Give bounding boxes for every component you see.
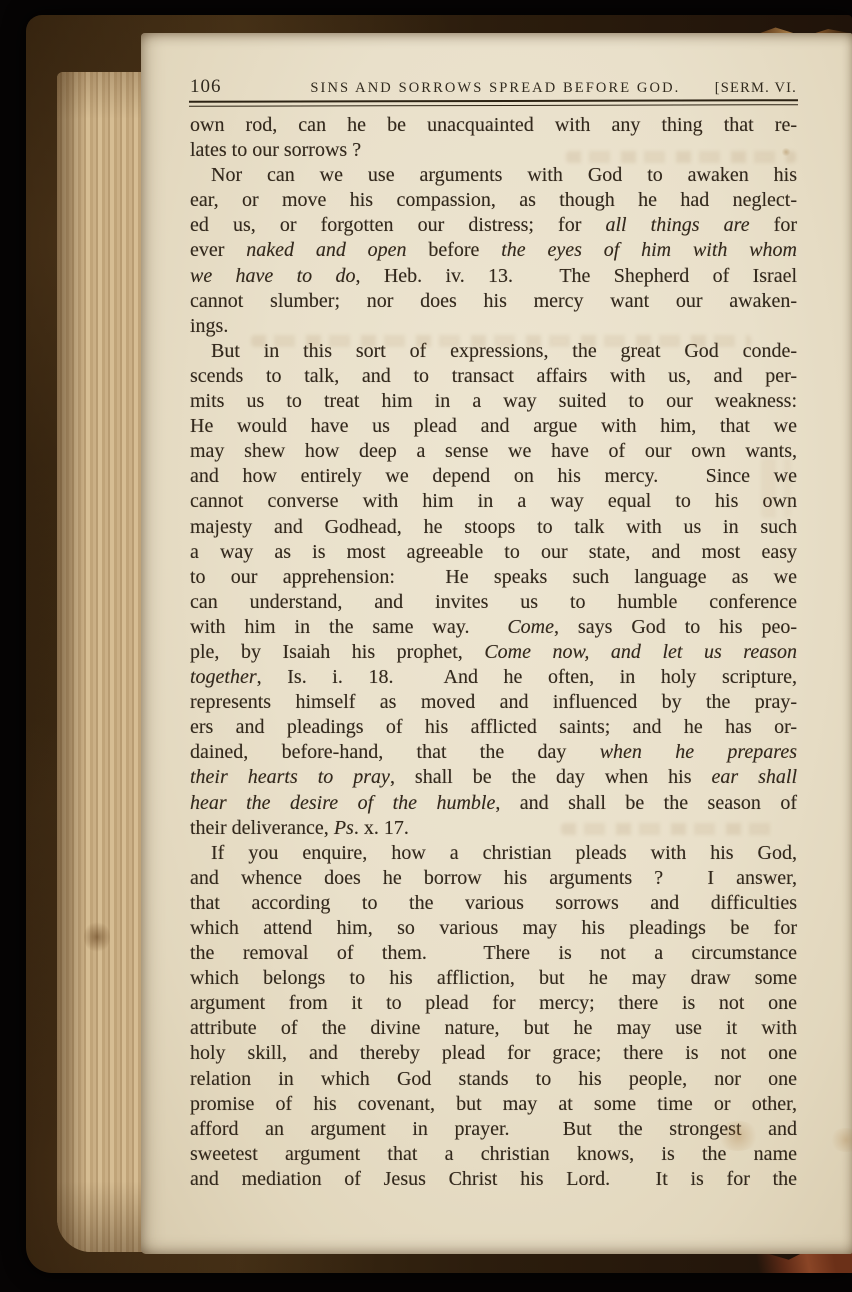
text-line: with him in the same way. Come, says God…: [190, 615, 797, 640]
text-line: and how entirely we depend on his mercy.…: [190, 464, 797, 489]
text-line: majesty and Godhead, he stoops to talk w…: [190, 515, 797, 540]
text-line: mits us to treat him in a way suited to …: [190, 389, 797, 414]
text-line: sweetest argument that a christian knows…: [190, 1142, 797, 1167]
text-line: which belongs to his affliction, but he …: [190, 966, 797, 991]
text-line: a way as is most agreeable to our state,…: [190, 540, 797, 565]
text-line: attribute of the divine nature, but he m…: [190, 1016, 797, 1041]
sermon-marker: [SERM. VI.: [715, 80, 797, 97]
text-line: promise of his covenant, but may at some…: [190, 1092, 797, 1117]
text-line: afford an argument in prayer. But the st…: [190, 1117, 797, 1142]
text-line: relation in which God stands to his peop…: [190, 1067, 797, 1092]
text-line: ear, or move his compassion, as though h…: [190, 188, 797, 213]
text-line: If you enquire, how a christian pleads w…: [190, 841, 797, 866]
text-line: and whence does he borrow his arguments …: [190, 866, 797, 891]
text-line: ed us, or forgotten our distress; for al…: [190, 213, 797, 238]
paper-stain: [781, 148, 791, 156]
text-line: Nor can we use arguments with God to awa…: [190, 163, 797, 188]
page-number: 106: [190, 76, 276, 98]
text-line: represents himself as moved and influenc…: [190, 690, 797, 715]
ink-showthrough: [566, 151, 796, 163]
book-page: 106 SINS AND SORROWS SPREAD BEFORE GOD. …: [141, 33, 852, 1254]
text-line: He would have us plead and argue with hi…: [190, 414, 797, 439]
header-double-rule: [189, 99, 798, 107]
text-line: ple, by Isaiah his prophet, Come now, an…: [190, 640, 797, 665]
paper-stain: [829, 1128, 852, 1152]
fore-edge-stain: [84, 920, 110, 954]
text-line: their hearts to pray, shall be the day w…: [190, 765, 797, 790]
text-line: may shew how deep a sense we have of our…: [190, 439, 797, 464]
text-line: that according to the various sorrows an…: [190, 891, 797, 916]
page-edge-stack: [57, 72, 153, 1252]
text-line: hear the desire of the humble, and shall…: [190, 791, 797, 816]
text-line: dained, before-hand, that the day when h…: [190, 740, 797, 765]
text-line: which attend him, so various may his ple…: [190, 916, 797, 941]
text-line: argument from it to plead for mercy; the…: [190, 991, 797, 1016]
text-line: cannot converse with him in a way equal …: [190, 489, 797, 514]
text-line: and mediation of Jesus Christ his Lord. …: [190, 1167, 797, 1192]
ink-showthrough: [561, 823, 776, 835]
text-line: own rod, can he be unacquainted with any…: [190, 113, 797, 138]
text-line: ers and pleadings of his afflicted saint…: [190, 715, 797, 740]
text-line: ever naked and open before the eyes of h…: [190, 238, 797, 263]
running-title: SINS AND SORROWS SPREAD BEFORE GOD.: [276, 80, 715, 97]
scanned-book-photo: 106 SINS AND SORROWS SPREAD BEFORE GOD. …: [0, 0, 852, 1292]
text-line: the removal of them. There is not a circ…: [190, 941, 797, 966]
text-line: together, Is. i. 18. And he often, in ho…: [190, 665, 797, 690]
text-line: cannot slumber; nor does his mercy want …: [190, 289, 797, 314]
text-line: holy skill, and thereby plead for grace;…: [190, 1041, 797, 1066]
page-header: 106 SINS AND SORROWS SPREAD BEFORE GOD. …: [190, 76, 797, 98]
page-lines: own rod, can he be unacquainted with any…: [190, 113, 797, 1192]
text-line: scends to talk, and to transact affairs …: [190, 364, 797, 389]
ink-showthrough: [761, 458, 791, 518]
text-line: to our apprehension: He speaks such lang…: [190, 565, 797, 590]
text-line: we have to do, Heb. iv. 13. The Shepherd…: [190, 264, 797, 289]
paper-stain: [716, 1121, 760, 1151]
ink-showthrough: [251, 335, 751, 347]
text-line: can understand, and invites us to humble…: [190, 590, 797, 615]
